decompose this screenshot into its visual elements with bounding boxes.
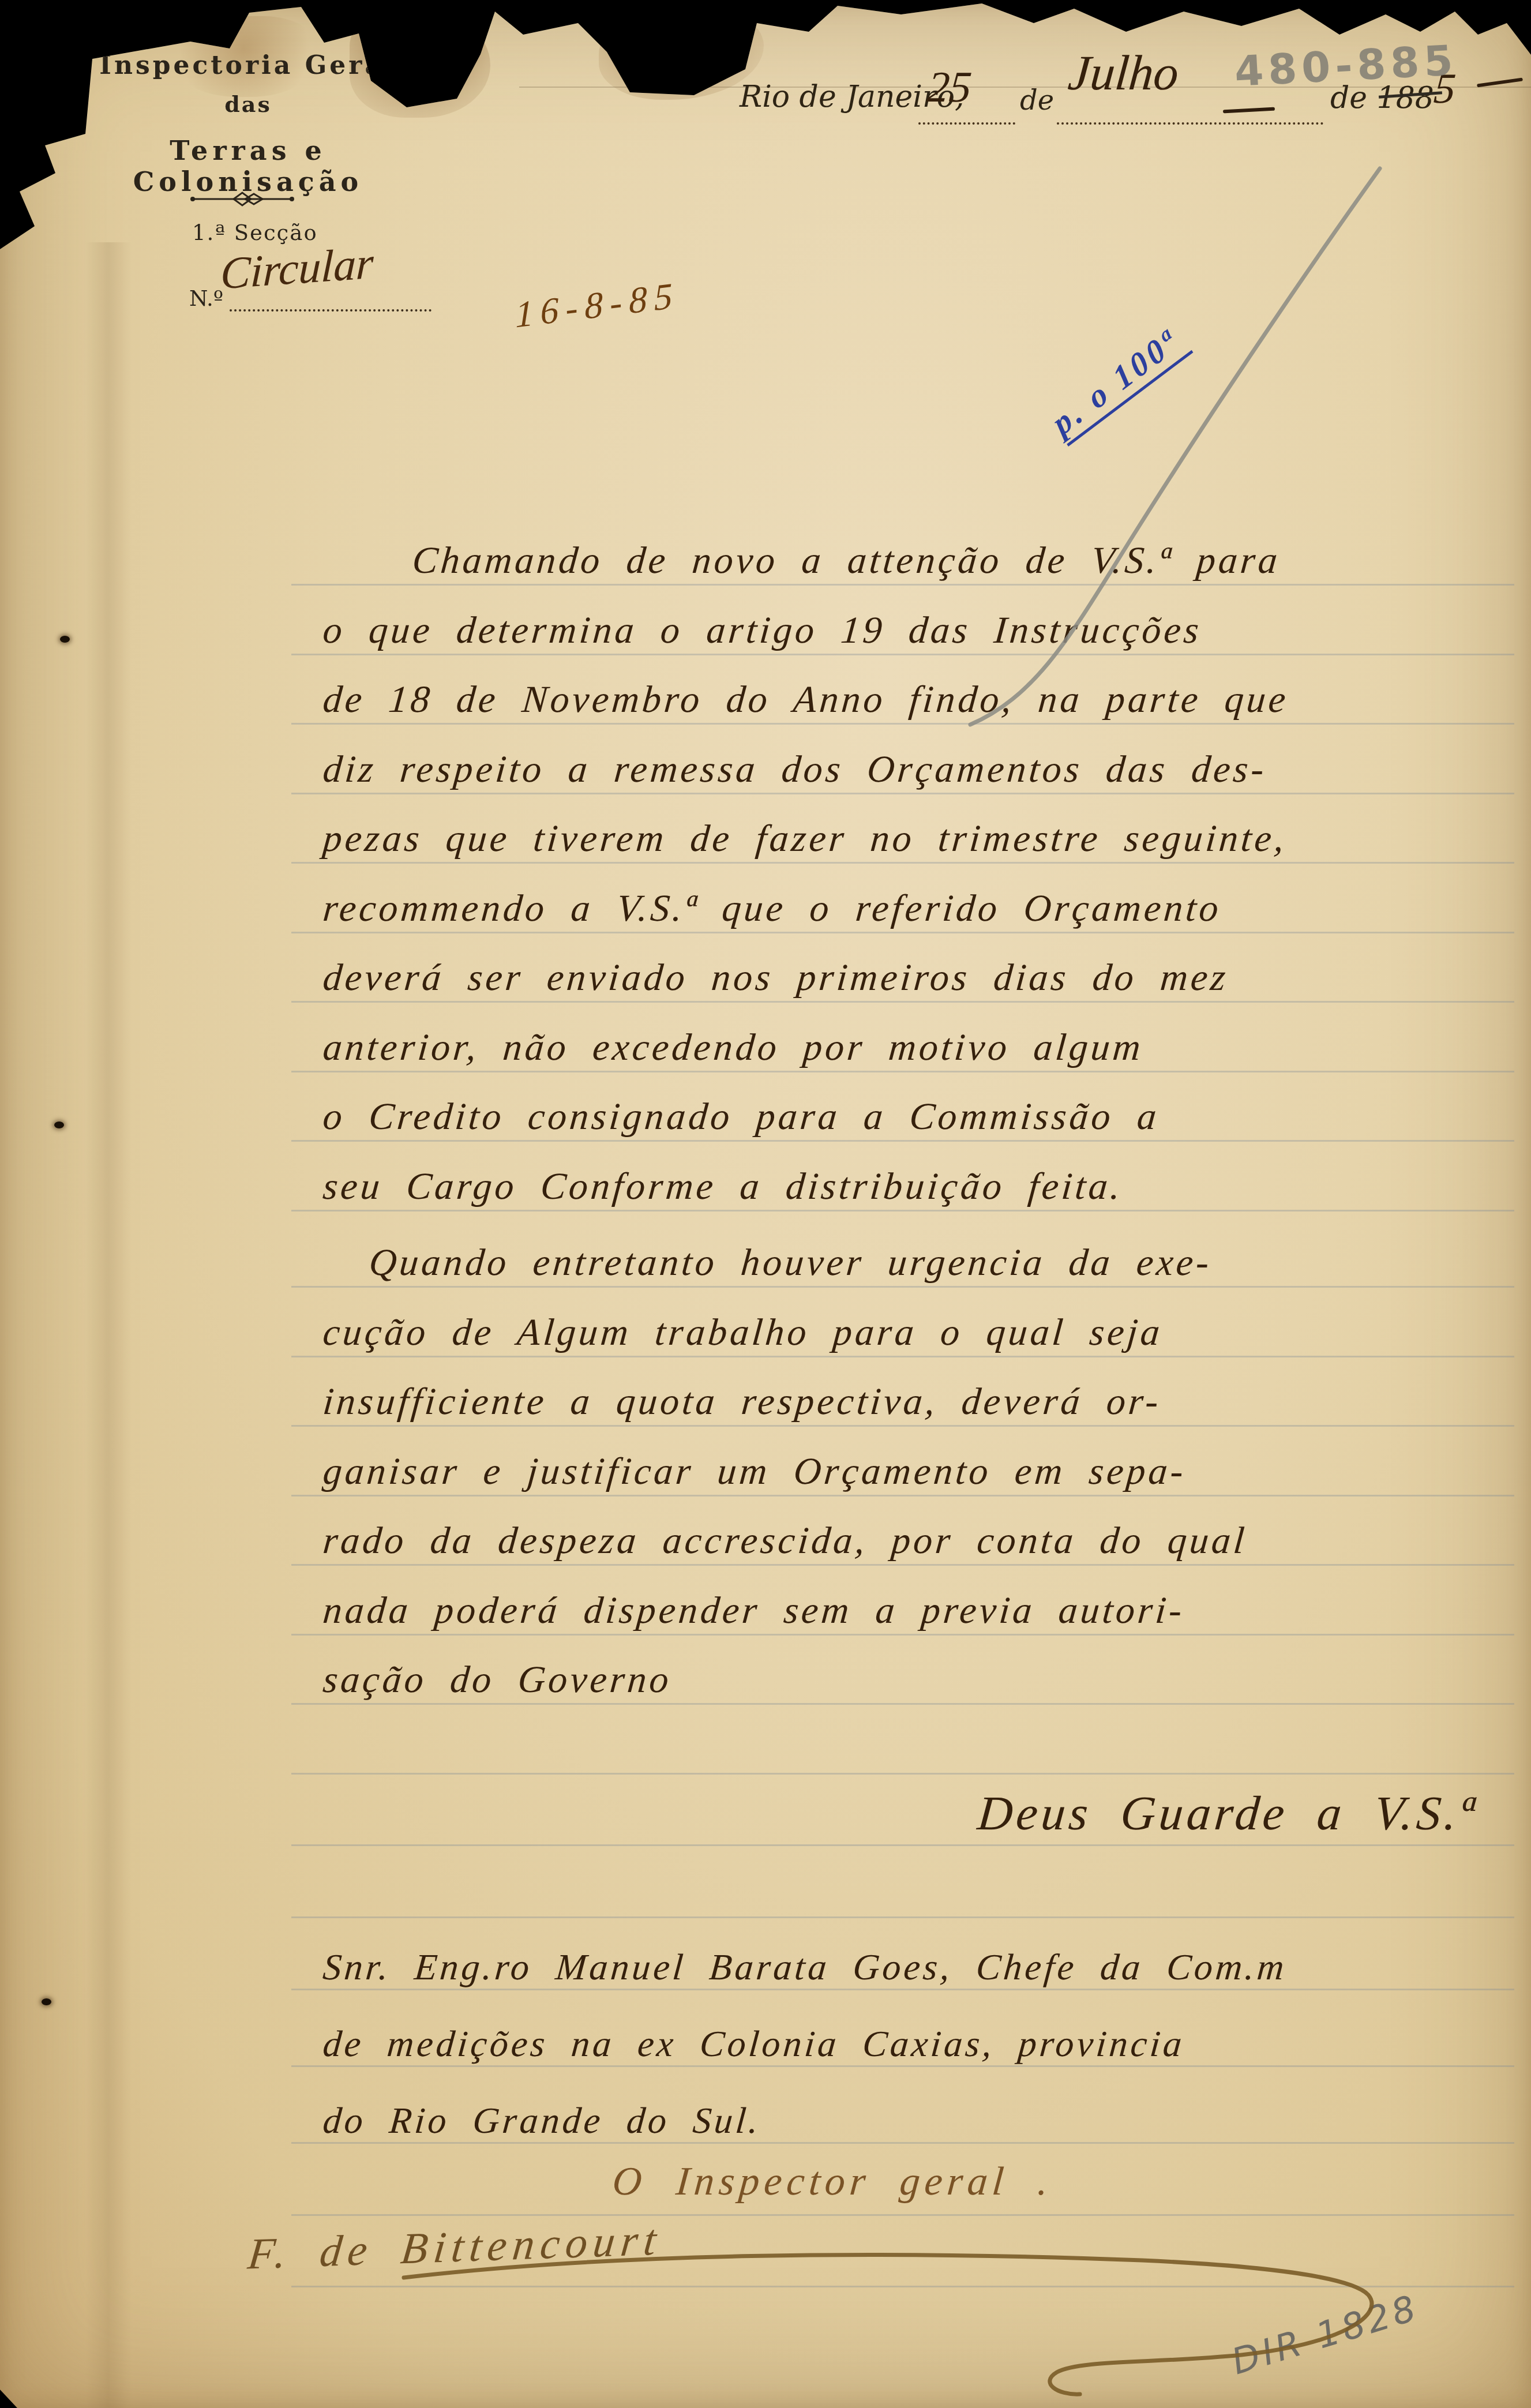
- blue-ink-note: p. o 100ª: [1045, 321, 1187, 447]
- ruled-line: [291, 1001, 1514, 1003]
- body-line: deverá ser enviado nos primeiros dias do…: [321, 955, 1230, 1001]
- ruled-line: [291, 2286, 1514, 2287]
- ruled-line: [291, 1210, 1514, 1211]
- dateline-day-handwritten: 25: [925, 62, 974, 112]
- received-date-annotation: 16-8-85: [515, 273, 680, 336]
- document-page: Inspectoria Geral das Terras e Colonisaç…: [0, 0, 1531, 2408]
- dateline-dotted-leader: [918, 122, 1015, 125]
- ruled-line: [291, 1773, 1514, 1775]
- ruled-line: [291, 1425, 1514, 1427]
- recipient-address-line: de medições na ex Colonia Caxias, provin…: [321, 2021, 1187, 2067]
- ruled-line: [291, 723, 1514, 725]
- ruled-line: [291, 932, 1514, 933]
- ruled-line: [291, 2214, 1514, 2216]
- ruled-line: [291, 1634, 1514, 1636]
- recipient-address-line: Snr. Eng.ro Manuel Barata Goes, Chefe da…: [321, 1944, 1289, 1990]
- body-line: ganisar e justificar um Orçamento em sep…: [321, 1449, 1188, 1495]
- closing-salutation: Deus Guarde a V.S.ª: [690, 1786, 1502, 1841]
- signature: F. de Bittencourt: [246, 2215, 665, 2279]
- body-line: insufficiente a quota respectiva, deverá…: [321, 1379, 1164, 1425]
- body-line: pezas que tiverem de fazer no trimestre …: [321, 816, 1289, 862]
- dateline-de-printed: de: [1020, 84, 1054, 117]
- body-line: o Credito consignado para a Commissão a: [321, 1094, 1161, 1140]
- left-margin-fold: [85, 242, 132, 2408]
- letterhead-ornament-icon: [190, 190, 294, 208]
- body-line: sação do Governo: [321, 1657, 674, 1703]
- recipient-address-line: do Rio Grande do Sul.: [321, 2098, 763, 2144]
- body-line: anterior, não excedendo por motivo algum: [321, 1025, 1146, 1071]
- ruled-line: [291, 1071, 1514, 1072]
- ruled-line: [291, 1140, 1514, 1142]
- letterhead-org-line3: Terras e Colonisação: [58, 135, 438, 197]
- body-line: recommendo a V.S.ª que o referido Orçame…: [321, 886, 1224, 932]
- body-line: de 18 de Novembro do Anno findo, na part…: [321, 677, 1291, 723]
- ruled-line: [291, 1286, 1514, 1288]
- body-line: nada poderá dispender sem a previa autor…: [321, 1588, 1187, 1634]
- letterhead-org-line2: das: [69, 91, 427, 117]
- circular-handwritten-value: Circular: [220, 237, 374, 300]
- ruled-line: [291, 793, 1514, 794]
- ruled-line: [291, 862, 1514, 864]
- signer-title: O Inspector geral .: [611, 2159, 1055, 2205]
- scan-background: Inspectoria Geral das Terras e Colonisaç…: [0, 0, 1531, 2408]
- blue-ink-note-text: p. o 100ª: [1045, 321, 1184, 442]
- body-line: diz respeito a remessa dos Orçamentos da…: [321, 747, 1269, 793]
- dateline-dotted-leader: [1057, 122, 1323, 125]
- ruled-line: [291, 1356, 1514, 1357]
- signature-flourish: [404, 2255, 1372, 2394]
- dateline-month-handwritten: Julho: [1066, 44, 1181, 102]
- catalog-code-annotation: DIR 1828: [1227, 2286, 1424, 2383]
- ruled-line: [291, 1564, 1514, 1566]
- ruled-line: [291, 1844, 1514, 1846]
- ruled-line: [291, 1916, 1514, 1918]
- ruled-line: [291, 1495, 1514, 1496]
- ruled-line: [291, 654, 1514, 655]
- ink-dash: [1477, 77, 1523, 87]
- body-line: rado da despeza accrescida, por conta do…: [321, 1518, 1249, 1564]
- binding-hole: [54, 1122, 64, 1128]
- body-line: cução de Algum trabalho para o qual seja: [321, 1310, 1165, 1356]
- body-line: Quando entretanto houver urgencia da exe…: [367, 1240, 1214, 1286]
- body-line: Chamando de novo a attenção de V.S.ª par…: [411, 538, 1282, 584]
- body-line: seu Cargo Conforme a distribuição feita.: [321, 1164, 1125, 1210]
- binding-hole: [60, 636, 70, 643]
- ink-dash: [1223, 107, 1275, 114]
- ruled-line: [291, 584, 1514, 586]
- letterhead-org-line1: Inspectoria Geral: [69, 51, 427, 80]
- ruled-line: [291, 1703, 1514, 1705]
- body-line: o que determina o artigo 19 das Instrucç…: [321, 607, 1204, 654]
- binding-hole: [42, 1998, 51, 2005]
